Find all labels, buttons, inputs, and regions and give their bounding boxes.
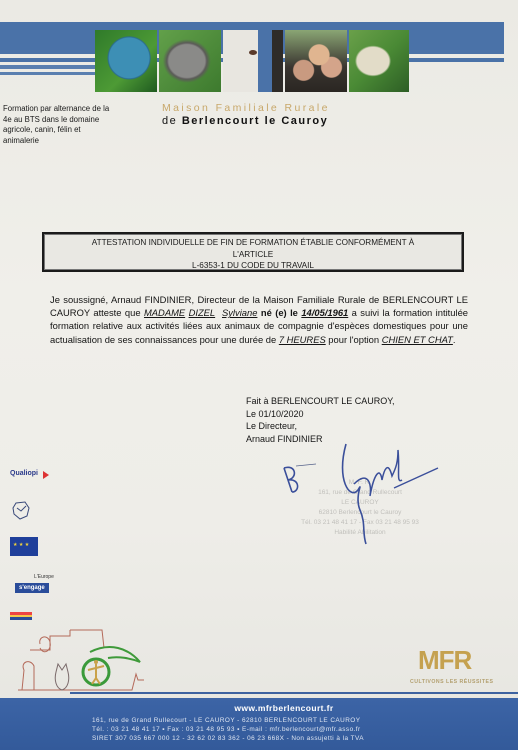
footer-legal: SIRET 307 035 667 000 12 - 32 62 02 83 3… [92, 734, 512, 743]
duration: 7 HEURES [279, 334, 326, 345]
header-stripe [0, 72, 96, 75]
cat-photo [159, 30, 221, 92]
signature-date: Le 01/10/2020 [246, 408, 395, 421]
cow-photo [223, 30, 283, 92]
european-union-flag-icon [10, 537, 38, 556]
europe-label: L'Europe [34, 574, 54, 580]
org-name-location: Berlencourt le Cauroy [182, 115, 328, 127]
pet-car-illustration [10, 628, 145, 698]
region-logo [10, 612, 32, 620]
title-line-2: L'ARTICLE [44, 249, 462, 261]
mfr-tagline: CULTIVONS LES RÉUSSITES [410, 679, 493, 685]
attestation-title-box: ATTESTATION INDIVIDUELLE DE FIN DE FORMA… [42, 232, 464, 272]
mfr-logo: MFR [418, 645, 471, 676]
handwritten-signature [270, 440, 440, 550]
training-tagline: Formation par alternance de la 4e au BTS… [3, 104, 113, 146]
qualiopi-arrow-icon [43, 471, 49, 479]
qualiopi-label: Qualiopi [10, 470, 38, 477]
document-page: Formation par alternance de la 4e au BTS… [0, 0, 518, 750]
signature-place: Fait à BERLENCOURT LE CAUROY, [246, 395, 395, 408]
body-option-label: pour l'option [326, 334, 382, 345]
fish-photo [95, 30, 157, 92]
option: CHIEN ET CHAT [382, 334, 453, 345]
footer-phone-email: Tél. : 03 21 48 41 17 ▪ Fax : 03 21 48 9… [92, 725, 512, 734]
dog-photo [349, 30, 409, 92]
engage-label: s'engage [15, 583, 49, 593]
students-photo [285, 30, 347, 92]
footer-address: 161, rue de Grand Rullecourt - LE CAUROY… [92, 716, 512, 725]
signature-role: Le Directeur, [246, 420, 395, 433]
qualiopi-logo: Qualiopi [10, 470, 50, 482]
civility: MADAME [144, 307, 185, 318]
birthdate: 14/05/1961 [301, 307, 348, 318]
surname: DIZEL [189, 307, 216, 318]
title-line-1: ATTESTATION INDIVIDUELLE DE FIN DE FORMA… [44, 237, 462, 249]
website-link[interactable]: www.mfrberlencourt.fr [0, 703, 518, 713]
footer-contact: 161, rue de Grand Rullecourt - LE CAUROY… [92, 716, 512, 744]
attestation-body: Je soussigné, Arnaud FINDINIER, Directeu… [50, 293, 468, 346]
europe-engage-logo: L'Europe s'engage [10, 574, 52, 596]
header-photo-strip [95, 30, 409, 92]
org-name-line2: de Berlencourt le Cauroy [162, 115, 328, 127]
firstname: Sylviane [222, 307, 257, 318]
title-line-3: L-6353-1 DU CODE DU TRAVAIL [44, 260, 462, 272]
org-name-prefix: de [162, 115, 177, 127]
republique-francaise-logo [10, 500, 32, 522]
body-end: . [453, 334, 456, 345]
footer-divider [70, 692, 518, 694]
org-name-line1: Maison Familiale Rurale [162, 102, 330, 114]
header-stripe [0, 65, 96, 69]
signature-block: Fait à BERLENCOURT LE CAUROY, Le 01/10/2… [246, 395, 395, 445]
born-label: né (e) le [261, 307, 298, 318]
